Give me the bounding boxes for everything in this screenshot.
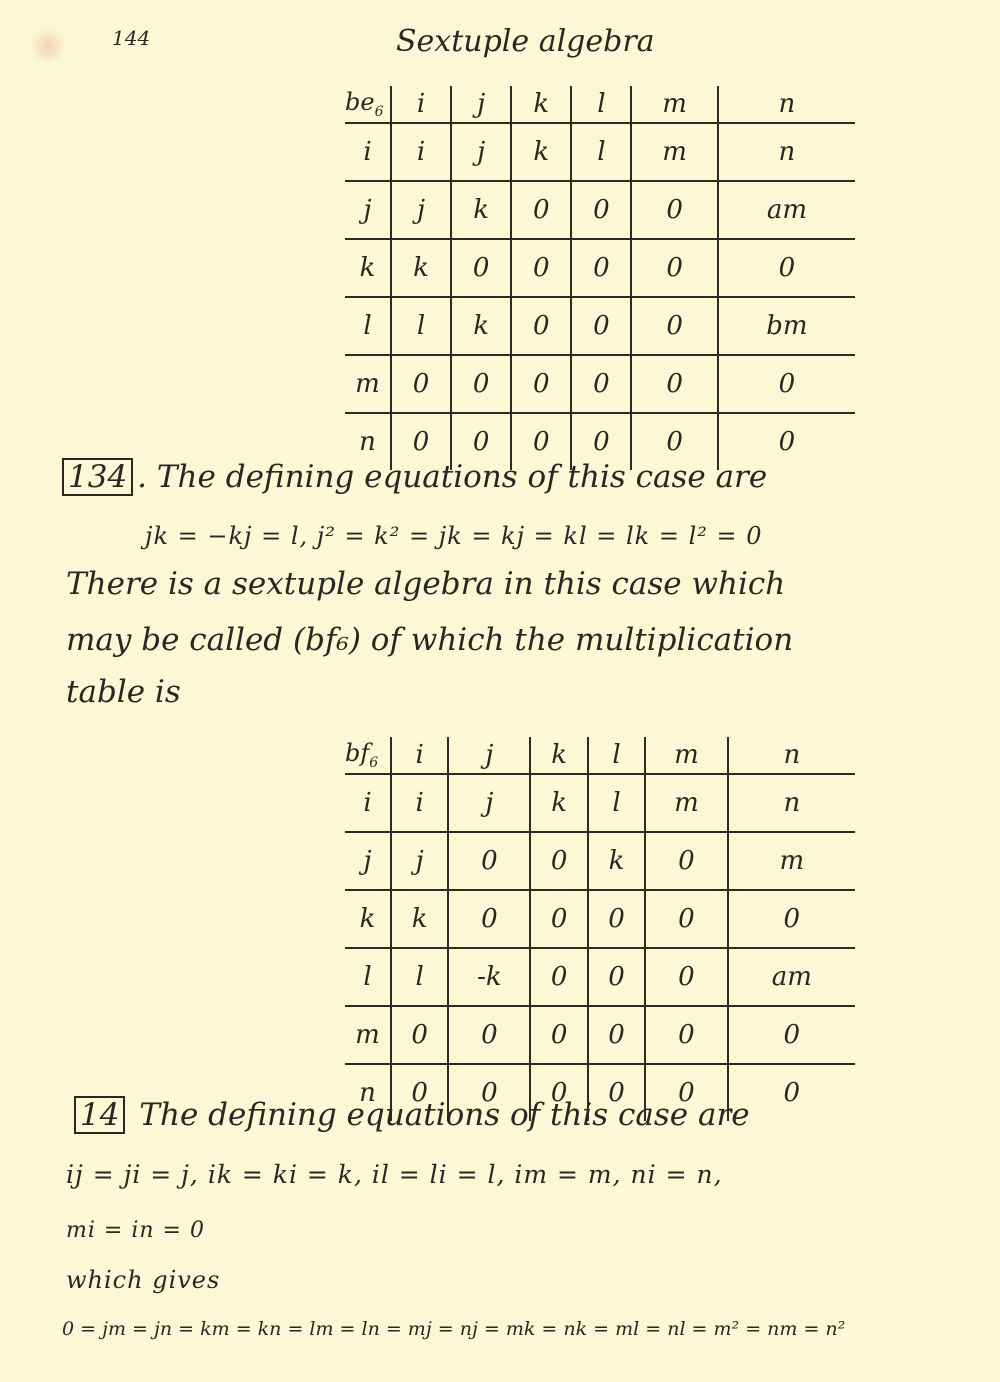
table-cell: 0: [588, 1006, 645, 1064]
table-cell: n: [718, 123, 855, 181]
table-cell: k: [511, 123, 571, 181]
table-cell: -k: [448, 948, 530, 1006]
paragraph-line: may be called (bf₆) of which the multipl…: [66, 622, 793, 658]
table-row: i i j k l m n: [345, 774, 855, 832]
multiplication-table-be6: be6 i j k l m n i i j k l m n j j k 0 0 …: [345, 86, 855, 470]
table-cell: n: [728, 774, 855, 832]
table-cell: 0: [511, 297, 571, 355]
table-cell: 0: [631, 239, 717, 297]
table-cell: 0: [588, 890, 645, 948]
table-cell: 0: [511, 181, 571, 239]
table-cell: 0: [391, 1006, 448, 1064]
section-heading-text: . The defining equations of this case ar…: [137, 459, 767, 495]
table-cell: k: [530, 774, 587, 832]
section-heading-text: The defining equations of this case are: [129, 1097, 749, 1133]
table-cell: i: [391, 123, 451, 181]
row-header: j: [345, 832, 391, 890]
table-header-row: be6 i j k l m n: [345, 86, 855, 123]
table-cell: m: [728, 832, 855, 890]
column-header: m: [631, 86, 717, 123]
table-name-subscript: 6: [369, 755, 378, 771]
row-header: l: [345, 297, 391, 355]
table-cell: 0: [728, 1006, 855, 1064]
table-cell: 0: [718, 239, 855, 297]
table-cell: 0: [645, 890, 727, 948]
table-cell: 0: [511, 355, 571, 413]
column-header: i: [391, 737, 448, 774]
table-row: l l -k 0 0 0 am: [345, 948, 855, 1006]
table-row: j j k 0 0 0 am: [345, 181, 855, 239]
table-row: m 0 0 0 0 0 0: [345, 355, 855, 413]
table-row: k k 0 0 0 0 0: [345, 239, 855, 297]
table-cell: 0: [571, 181, 631, 239]
table-header-row: bf6 i j k l m n: [345, 737, 855, 774]
table-cell: k: [451, 297, 511, 355]
section-number: 134: [62, 458, 133, 496]
page-title: Sextuple algebra: [396, 24, 655, 59]
column-header: j: [448, 737, 530, 774]
column-header: n: [718, 86, 855, 123]
table-cell: 0: [631, 297, 717, 355]
row-header: j: [345, 181, 391, 239]
table-cell: 0: [718, 355, 855, 413]
section-134-heading: 134. The defining equations of this case…: [62, 458, 767, 496]
table-cell: 0: [448, 890, 530, 948]
table-cell: m: [631, 123, 717, 181]
table-cell: 0: [530, 832, 587, 890]
table-cell: 0: [391, 355, 451, 413]
table-cell: 0: [530, 1006, 587, 1064]
column-header: i: [391, 86, 451, 123]
column-header: k: [530, 737, 587, 774]
table-cell: 0: [448, 832, 530, 890]
defining-equations: jk = −kj = l, j² = k² = jk = kj = kl = l…: [145, 522, 763, 550]
table-corner-label: be6: [345, 86, 391, 123]
row-header: m: [345, 355, 391, 413]
table-cell: j: [391, 832, 448, 890]
table-name-subscript: 6: [375, 104, 384, 120]
page-number: 144: [112, 26, 150, 50]
table-cell: 0: [571, 355, 631, 413]
table-cell: 0: [728, 890, 855, 948]
row-header: m: [345, 1006, 391, 1064]
defining-equations-line-1: ij = ji = j, ik = ki = k, il = li = l, i…: [66, 1160, 723, 1189]
table-cell: am: [718, 181, 855, 239]
row-header: i: [345, 123, 391, 181]
column-header: m: [645, 737, 727, 774]
column-header: n: [728, 737, 855, 774]
paper-stain: [28, 28, 68, 64]
table-cell: j: [451, 123, 511, 181]
section-number: 14: [74, 1096, 125, 1134]
table-row: j j 0 0 k 0 m: [345, 832, 855, 890]
table-cell: am: [728, 948, 855, 1006]
column-header: j: [451, 86, 511, 123]
table-cell: 0: [571, 239, 631, 297]
table-cell: k: [391, 239, 451, 297]
table-row: m 0 0 0 0 0 0: [345, 1006, 855, 1064]
row-header: l: [345, 948, 391, 1006]
table-cell: k: [588, 832, 645, 890]
table-cell: k: [451, 181, 511, 239]
table-cell: 0: [645, 832, 727, 890]
table-cell: bm: [718, 297, 855, 355]
row-header: k: [345, 239, 391, 297]
table-cell: 0: [645, 1006, 727, 1064]
defining-equations-line-2: mi = in = 0: [66, 1218, 205, 1243]
table-name: bf: [345, 739, 369, 767]
table-cell: l: [571, 123, 631, 181]
table-cell: l: [391, 297, 451, 355]
table-cell: l: [588, 774, 645, 832]
table-row: i i j k l m n: [345, 123, 855, 181]
paragraph-line: There is a sextuple algebra in this case…: [66, 566, 785, 602]
table-corner-label: bf6: [345, 737, 391, 774]
table-cell: 0: [571, 297, 631, 355]
result-equations: 0 = jm = jn = km = kn = lm = ln = mj = n…: [62, 1318, 845, 1340]
paragraph-line: table is: [66, 674, 181, 710]
table-cell: 0: [448, 1006, 530, 1064]
table-cell: j: [391, 181, 451, 239]
table-cell: k: [391, 890, 448, 948]
table-cell: i: [391, 774, 448, 832]
row-header: k: [345, 890, 391, 948]
table-cell: m: [645, 774, 727, 832]
column-header: k: [511, 86, 571, 123]
table-cell: l: [391, 948, 448, 1006]
table-cell: 0: [451, 239, 511, 297]
which-gives-label: which gives: [66, 1266, 220, 1294]
table-cell: 0: [631, 181, 717, 239]
table-cell: 0: [451, 355, 511, 413]
section-14-heading: 14 The defining equations of this case a…: [74, 1096, 750, 1134]
table-cell: 0: [588, 948, 645, 1006]
table-cell: 0: [645, 948, 727, 1006]
table-cell: 0: [530, 948, 587, 1006]
table-row: k k 0 0 0 0 0: [345, 890, 855, 948]
table-cell: 0: [631, 355, 717, 413]
table-name: be: [345, 88, 375, 116]
column-header: l: [571, 86, 631, 123]
table-cell: j: [448, 774, 530, 832]
table-row: l l k 0 0 0 bm: [345, 297, 855, 355]
column-header: l: [588, 737, 645, 774]
row-header: i: [345, 774, 391, 832]
table-cell: 0: [530, 890, 587, 948]
multiplication-table-bf6: bf6 i j k l m n i i j k l m n j j 0 0 k …: [345, 737, 855, 1121]
table-cell: 0: [511, 239, 571, 297]
